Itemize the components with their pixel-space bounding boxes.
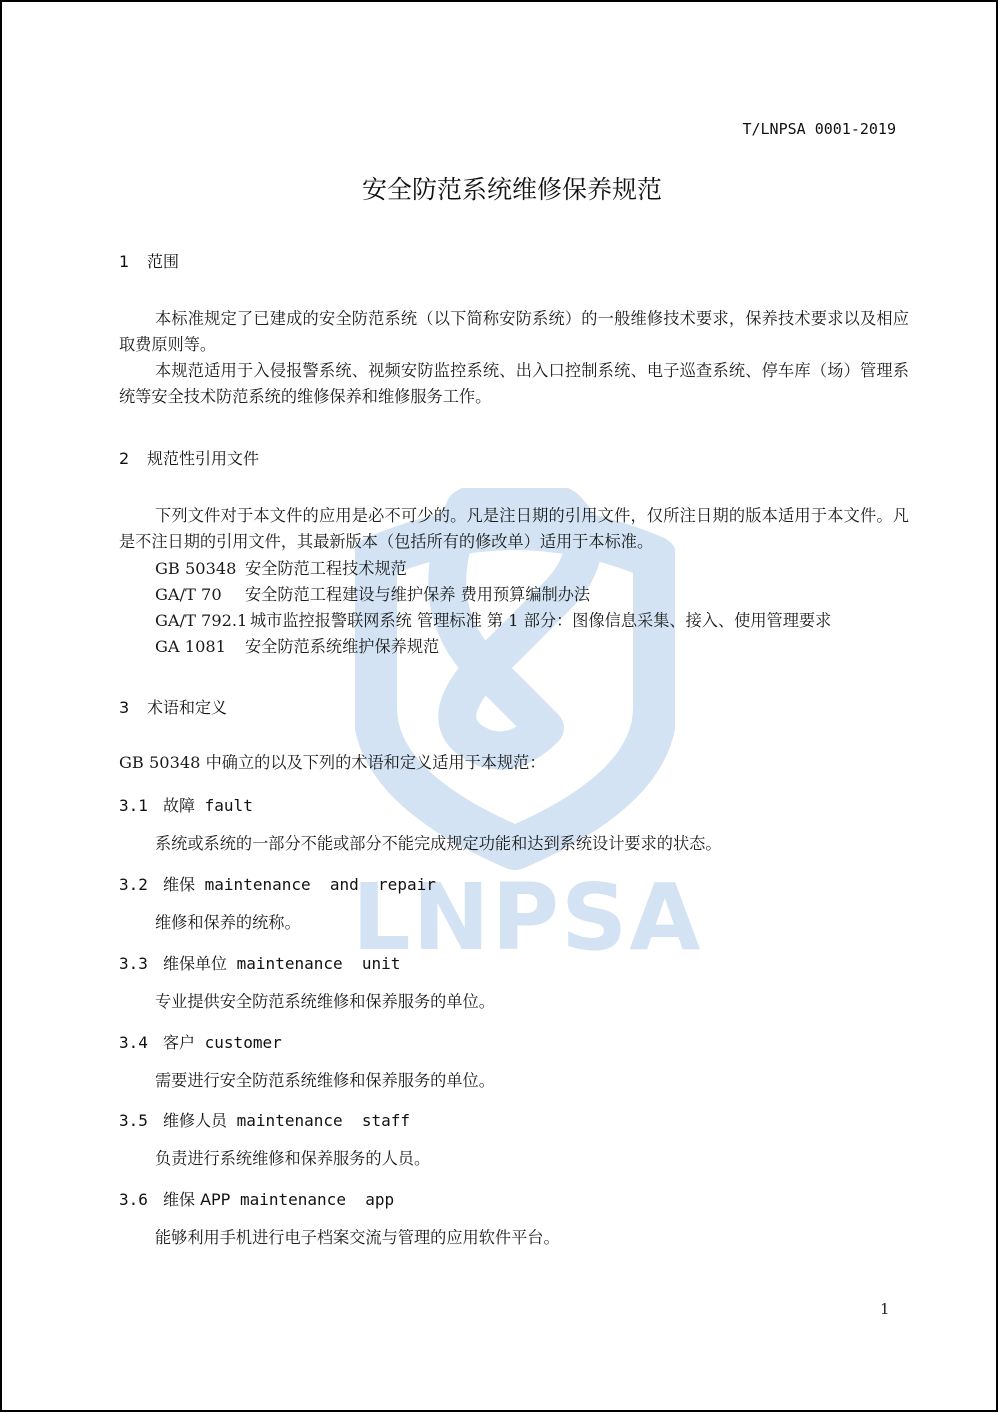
term-zh: 维保 APP	[163, 1190, 230, 1209]
reference-item: GA/T 792.1城市监控报警联网系统 管理标准 第 1 部分：图像信息采集、…	[155, 607, 831, 631]
term-definition: 能够利用手机进行电子档案交流与管理的应用软件平台。	[155, 1224, 560, 1248]
term-number: 3.6	[119, 1190, 163, 1209]
section-heading-1: 1范围	[119, 249, 179, 272]
terms-intro: GB 50348 中确立的以及下列的术语和定义适用于本规范：	[119, 750, 909, 776]
page-number: 1	[880, 1300, 890, 1318]
term-heading: 3.6维保 APP maintenance app	[119, 1187, 394, 1210]
term-en: maintenance app	[240, 1190, 394, 1209]
term-heading: 3.4客户 customer	[119, 1030, 282, 1053]
term-zh: 故障	[163, 796, 195, 815]
reference-item: GA/T 70安全防范工程建设与维护保养 费用预算编制办法	[155, 581, 590, 605]
term-heading: 3.3维保单位 maintenance unit	[119, 951, 400, 974]
reference-code: GB 50348	[155, 559, 245, 578]
reference-code: GA/T 792.1	[155, 611, 250, 630]
document-code: T/LNPSA 0001-2019	[742, 120, 896, 138]
term-en: customer	[205, 1033, 282, 1052]
term-definition: 需要进行安全防范系统维修和保养服务的单位。	[155, 1067, 495, 1091]
term-en: maintenance unit	[237, 954, 401, 973]
reference-title: 安全防范工程建设与维护保养 费用预算编制办法	[245, 585, 590, 604]
term-en: maintenance and repair	[205, 875, 436, 894]
term-en: fault	[205, 796, 253, 815]
term-zh: 维保单位	[163, 954, 227, 973]
term-heading: 3.2维保 maintenance and repair	[119, 872, 436, 895]
term-number: 3.2	[119, 875, 163, 894]
term-en: maintenance staff	[237, 1111, 410, 1130]
paragraph: 本规范适用于入侵报警系统、视频安防监控系统、出入口控制系统、电子巡查系统、停车库…	[119, 358, 909, 410]
term-definition: 专业提供安全防范系统维修和保养服务的单位。	[155, 988, 495, 1012]
section-title: 范围	[147, 252, 179, 271]
reference-code: GA/T 70	[155, 585, 245, 604]
section-title: 规范性引用文件	[147, 449, 259, 468]
term-zh: 维修人员	[163, 1111, 227, 1130]
term-number: 3.5	[119, 1111, 163, 1130]
section-number: 1	[119, 252, 147, 271]
term-zh: 维保	[163, 875, 195, 894]
term-definition: 系统或系统的一部分不能或部分不能完成规定功能和达到系统设计要求的状态。	[155, 830, 722, 854]
reference-title: 安全防范系统维护保养规范	[245, 637, 439, 656]
reference-item: GB 50348安全防范工程技术规范	[155, 555, 407, 579]
section-heading-2: 2规范性引用文件	[119, 446, 259, 469]
paragraph: 下列文件对于本文件的应用是必不可少的。凡是注日期的引用文件，仅所注日期的版本适用…	[119, 503, 909, 555]
reference-code: GA 1081	[155, 637, 245, 656]
section-title: 术语和定义	[147, 698, 227, 717]
reference-title: 城市监控报警联网系统 管理标准 第 1 部分：图像信息采集、接入、使用管理要求	[250, 611, 831, 630]
term-zh: 客户	[163, 1033, 195, 1052]
section-heading-3: 3术语和定义	[119, 695, 227, 718]
reference-title: 安全防范工程技术规范	[245, 559, 407, 578]
term-number: 3.1	[119, 796, 163, 815]
term-definition: 维修和保养的统称。	[155, 909, 301, 933]
paragraph: 本标准规定了已建成的安全防范系统（以下简称安防系统）的一般维修技术要求，保养技术…	[119, 306, 909, 358]
term-heading: 3.5维修人员 maintenance staff	[119, 1108, 410, 1131]
section-number: 3	[119, 698, 147, 717]
term-number: 3.3	[119, 954, 163, 973]
section-number: 2	[119, 449, 147, 468]
term-number: 3.4	[119, 1033, 163, 1052]
term-definition: 负责进行系统维修和保养服务的人员。	[155, 1145, 430, 1169]
term-heading: 3.1故障 fault	[119, 793, 253, 816]
document-title: 安全防范系统维修保养规范	[0, 170, 1000, 206]
reference-item: GA 1081安全防范系统维护保养规范	[155, 633, 439, 657]
